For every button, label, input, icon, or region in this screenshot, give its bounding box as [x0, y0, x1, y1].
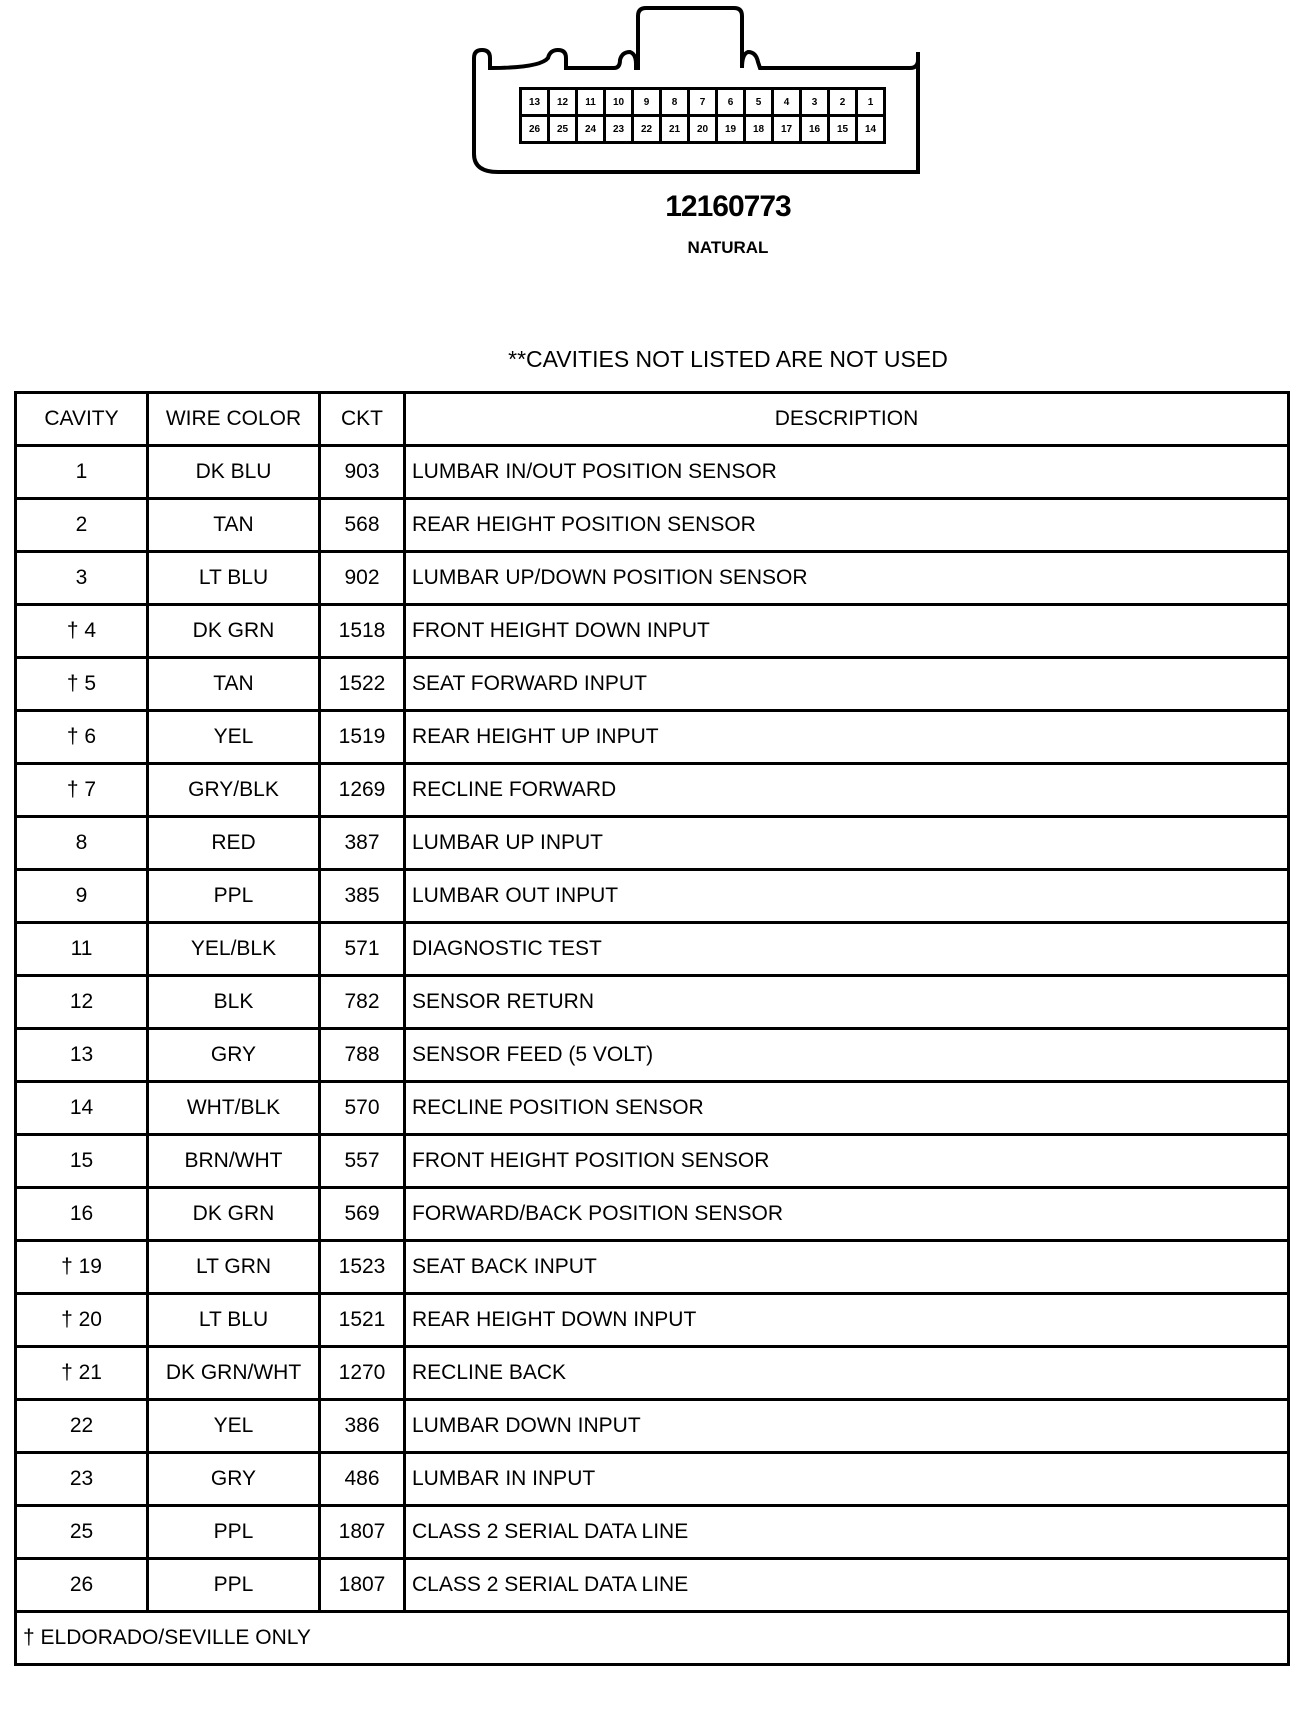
pinout-table: CAVITY WIRE COLOR CKT DESCRIPTION 1DK BL… [14, 391, 1290, 1666]
cell-cavity: 13 [16, 1029, 148, 1082]
cell-ckt: 387 [320, 817, 405, 870]
table-row: † 7GRY/BLK1269RECLINE FORWARD [16, 764, 1289, 817]
cell-description: RECLINE POSITION SENSOR [405, 1082, 1289, 1135]
cell-description: DIAGNOSTIC TEST [405, 923, 1289, 976]
connector-pin: 24 [578, 117, 603, 141]
connector-pin: 21 [662, 117, 687, 141]
cell-description: LUMBAR OUT INPUT [405, 870, 1289, 923]
connector-pin: 13 [522, 90, 547, 114]
table-row: † 20LT BLU1521REAR HEIGHT DOWN INPUT [16, 1294, 1289, 1347]
table-header-row: CAVITY WIRE COLOR CKT DESCRIPTION [16, 393, 1289, 446]
connector-pin: 26 [522, 117, 547, 141]
connector-pin: 5 [746, 90, 771, 114]
cell-wire-color: TAN [148, 499, 320, 552]
cell-description: REAR HEIGHT UP INPUT [405, 711, 1289, 764]
cell-ckt: 1518 [320, 605, 405, 658]
cell-ckt: 902 [320, 552, 405, 605]
cell-ckt: 557 [320, 1135, 405, 1188]
cell-ckt: 571 [320, 923, 405, 976]
cell-cavity: † 21 [16, 1347, 148, 1400]
cell-description: LUMBAR DOWN INPUT [405, 1400, 1289, 1453]
cell-ckt: 1521 [320, 1294, 405, 1347]
cell-cavity: † 4 [16, 605, 148, 658]
cell-wire-color: DK GRN [148, 1188, 320, 1241]
connector-pin: 16 [802, 117, 827, 141]
cell-description: SEAT FORWARD INPUT [405, 658, 1289, 711]
table-row: 9PPL385LUMBAR OUT INPUT [16, 870, 1289, 923]
table-row: † 6YEL1519REAR HEIGHT UP INPUT [16, 711, 1289, 764]
table-row: 2TAN568REAR HEIGHT POSITION SENSOR [16, 499, 1289, 552]
cell-ckt: 1807 [320, 1506, 405, 1559]
cell-description: LUMBAR IN/OUT POSITION SENSOR [405, 446, 1289, 499]
cell-cavity: † 7 [16, 764, 148, 817]
cell-ckt: 386 [320, 1400, 405, 1453]
cell-description: REAR HEIGHT DOWN INPUT [405, 1294, 1289, 1347]
cell-ckt: 1522 [320, 658, 405, 711]
cell-wire-color: RED [148, 817, 320, 870]
cell-ckt: 570 [320, 1082, 405, 1135]
cell-description: FRONT HEIGHT POSITION SENSOR [405, 1135, 1289, 1188]
cell-ckt: 385 [320, 870, 405, 923]
cavities-note: **CAVITIES NOT LISTED ARE NOT USED [0, 346, 1312, 373]
cell-ckt: 568 [320, 499, 405, 552]
connector-pin: 7 [690, 90, 715, 114]
cell-cavity: 23 [16, 1453, 148, 1506]
cell-cavity: 2 [16, 499, 148, 552]
table-row: † 4DK GRN1518FRONT HEIGHT DOWN INPUT [16, 605, 1289, 658]
table-row: 12BLK782SENSOR RETURN [16, 976, 1289, 1029]
cell-description: LUMBAR IN INPUT [405, 1453, 1289, 1506]
table-row: 22YEL386LUMBAR DOWN INPUT [16, 1400, 1289, 1453]
cell-wire-color: LT BLU [148, 552, 320, 605]
connector-pin: 18 [746, 117, 771, 141]
table-row: 16DK GRN569FORWARD/BACK POSITION SENSOR [16, 1188, 1289, 1241]
cell-cavity: † 6 [16, 711, 148, 764]
cell-cavity: 3 [16, 552, 148, 605]
cell-cavity: 22 [16, 1400, 148, 1453]
cell-wire-color: YEL [148, 711, 320, 764]
cell-cavity: † 5 [16, 658, 148, 711]
cell-ckt: 1269 [320, 764, 405, 817]
cell-wire-color: DK BLU [148, 446, 320, 499]
connector-pin: 14 [858, 117, 883, 141]
cell-cavity: † 19 [16, 1241, 148, 1294]
connector-pin: 12 [550, 90, 575, 114]
table-row: 3LT BLU902LUMBAR UP/DOWN POSITION SENSOR [16, 552, 1289, 605]
cell-ckt: 1523 [320, 1241, 405, 1294]
cell-cavity: 25 [16, 1506, 148, 1559]
cell-cavity: 12 [16, 976, 148, 1029]
table-row: 14WHT/BLK570RECLINE POSITION SENSOR [16, 1082, 1289, 1135]
connector-pin: 22 [634, 117, 659, 141]
connector-pin: 8 [662, 90, 687, 114]
cell-wire-color: YEL [148, 1400, 320, 1453]
connector-pin-grid: 1312111098765432126252423222120191817161… [519, 87, 886, 144]
cell-cavity: 16 [16, 1188, 148, 1241]
table-row: † 21DK GRN/WHT1270RECLINE BACK [16, 1347, 1289, 1400]
table-row: 23GRY486LUMBAR IN INPUT [16, 1453, 1289, 1506]
cell-wire-color: LT BLU [148, 1294, 320, 1347]
cell-cavity: † 20 [16, 1294, 148, 1347]
cell-ckt: 1270 [320, 1347, 405, 1400]
table-row: 13GRY788SENSOR FEED (5 VOLT) [16, 1029, 1289, 1082]
cell-description: CLASS 2 SERIAL DATA LINE [405, 1506, 1289, 1559]
connector-pin: 9 [634, 90, 659, 114]
cell-cavity: 14 [16, 1082, 148, 1135]
cell-wire-color: TAN [148, 658, 320, 711]
cell-description: REAR HEIGHT POSITION SENSOR [405, 499, 1289, 552]
cell-wire-color: GRY/BLK [148, 764, 320, 817]
connector-pin: 19 [718, 117, 743, 141]
connector-pin: 1 [858, 90, 883, 114]
cell-wire-color: BLK [148, 976, 320, 1029]
cell-wire-color: PPL [148, 1506, 320, 1559]
header-ckt: CKT [320, 393, 405, 446]
cell-ckt: 903 [320, 446, 405, 499]
table-row: 11YEL/BLK571DIAGNOSTIC TEST [16, 923, 1289, 976]
cell-wire-color: BRN/WHT [148, 1135, 320, 1188]
cell-ckt: 569 [320, 1188, 405, 1241]
connector-pin: 17 [774, 117, 799, 141]
table-row: † 5TAN1522SEAT FORWARD INPUT [16, 658, 1289, 711]
connector-pin: 2 [830, 90, 855, 114]
table-row: 26PPL1807CLASS 2 SERIAL DATA LINE [16, 1559, 1289, 1612]
cell-cavity: 15 [16, 1135, 148, 1188]
cell-description: LUMBAR UP INPUT [405, 817, 1289, 870]
table-row: † 19LT GRN1523SEAT BACK INPUT [16, 1241, 1289, 1294]
cell-wire-color: DK GRN/WHT [148, 1347, 320, 1400]
cell-wire-color: GRY [148, 1453, 320, 1506]
cell-description: FRONT HEIGHT DOWN INPUT [405, 605, 1289, 658]
connector-color: NATURAL [0, 238, 1312, 258]
connector-pin: 20 [690, 117, 715, 141]
cell-cavity: 26 [16, 1559, 148, 1612]
table-row: 8RED387LUMBAR UP INPUT [16, 817, 1289, 870]
header-wire-color: WIRE COLOR [148, 393, 320, 446]
cell-ckt: 1807 [320, 1559, 405, 1612]
header-description: DESCRIPTION [405, 393, 1289, 446]
cell-description: SENSOR FEED (5 VOLT) [405, 1029, 1289, 1082]
connector-pin: 11 [578, 90, 603, 114]
cell-wire-color: DK GRN [148, 605, 320, 658]
cell-ckt: 788 [320, 1029, 405, 1082]
cell-cavity: 9 [16, 870, 148, 923]
header-cavity: CAVITY [16, 393, 148, 446]
cell-wire-color: YEL/BLK [148, 923, 320, 976]
connector-pin: 3 [802, 90, 827, 114]
cell-description: RECLINE BACK [405, 1347, 1289, 1400]
footnote: † ELDORADO/SEVILLE ONLY [16, 1612, 1289, 1665]
cell-ckt: 1519 [320, 711, 405, 764]
footnote-row: † ELDORADO/SEVILLE ONLY [16, 1612, 1289, 1665]
cell-wire-color: WHT/BLK [148, 1082, 320, 1135]
part-number: 12160773 [0, 190, 1312, 224]
cell-ckt: 486 [320, 1453, 405, 1506]
cell-description: RECLINE FORWARD [405, 764, 1289, 817]
cell-cavity: 1 [16, 446, 148, 499]
cell-wire-color: GRY [148, 1029, 320, 1082]
connector-pin: 6 [718, 90, 743, 114]
cell-description: LUMBAR UP/DOWN POSITION SENSOR [405, 552, 1289, 605]
cell-wire-color: PPL [148, 1559, 320, 1612]
cell-cavity: 11 [16, 923, 148, 976]
cell-wire-color: LT GRN [148, 1241, 320, 1294]
table-row: 25PPL1807CLASS 2 SERIAL DATA LINE [16, 1506, 1289, 1559]
cell-ckt: 782 [320, 976, 405, 1029]
cell-cavity: 8 [16, 817, 148, 870]
table-row: 1DK BLU903LUMBAR IN/OUT POSITION SENSOR [16, 446, 1289, 499]
cell-description: CLASS 2 SERIAL DATA LINE [405, 1559, 1289, 1612]
connector-pin: 25 [550, 117, 575, 141]
connector-pin: 15 [830, 117, 855, 141]
cell-description: SENSOR RETURN [405, 976, 1289, 1029]
cell-description: FORWARD/BACK POSITION SENSOR [405, 1188, 1289, 1241]
table-row: 15BRN/WHT557FRONT HEIGHT POSITION SENSOR [16, 1135, 1289, 1188]
cell-wire-color: PPL [148, 870, 320, 923]
connector-pin: 23 [606, 117, 631, 141]
cell-description: SEAT BACK INPUT [405, 1241, 1289, 1294]
connector-pin: 10 [606, 90, 631, 114]
connector-pin: 4 [774, 90, 799, 114]
